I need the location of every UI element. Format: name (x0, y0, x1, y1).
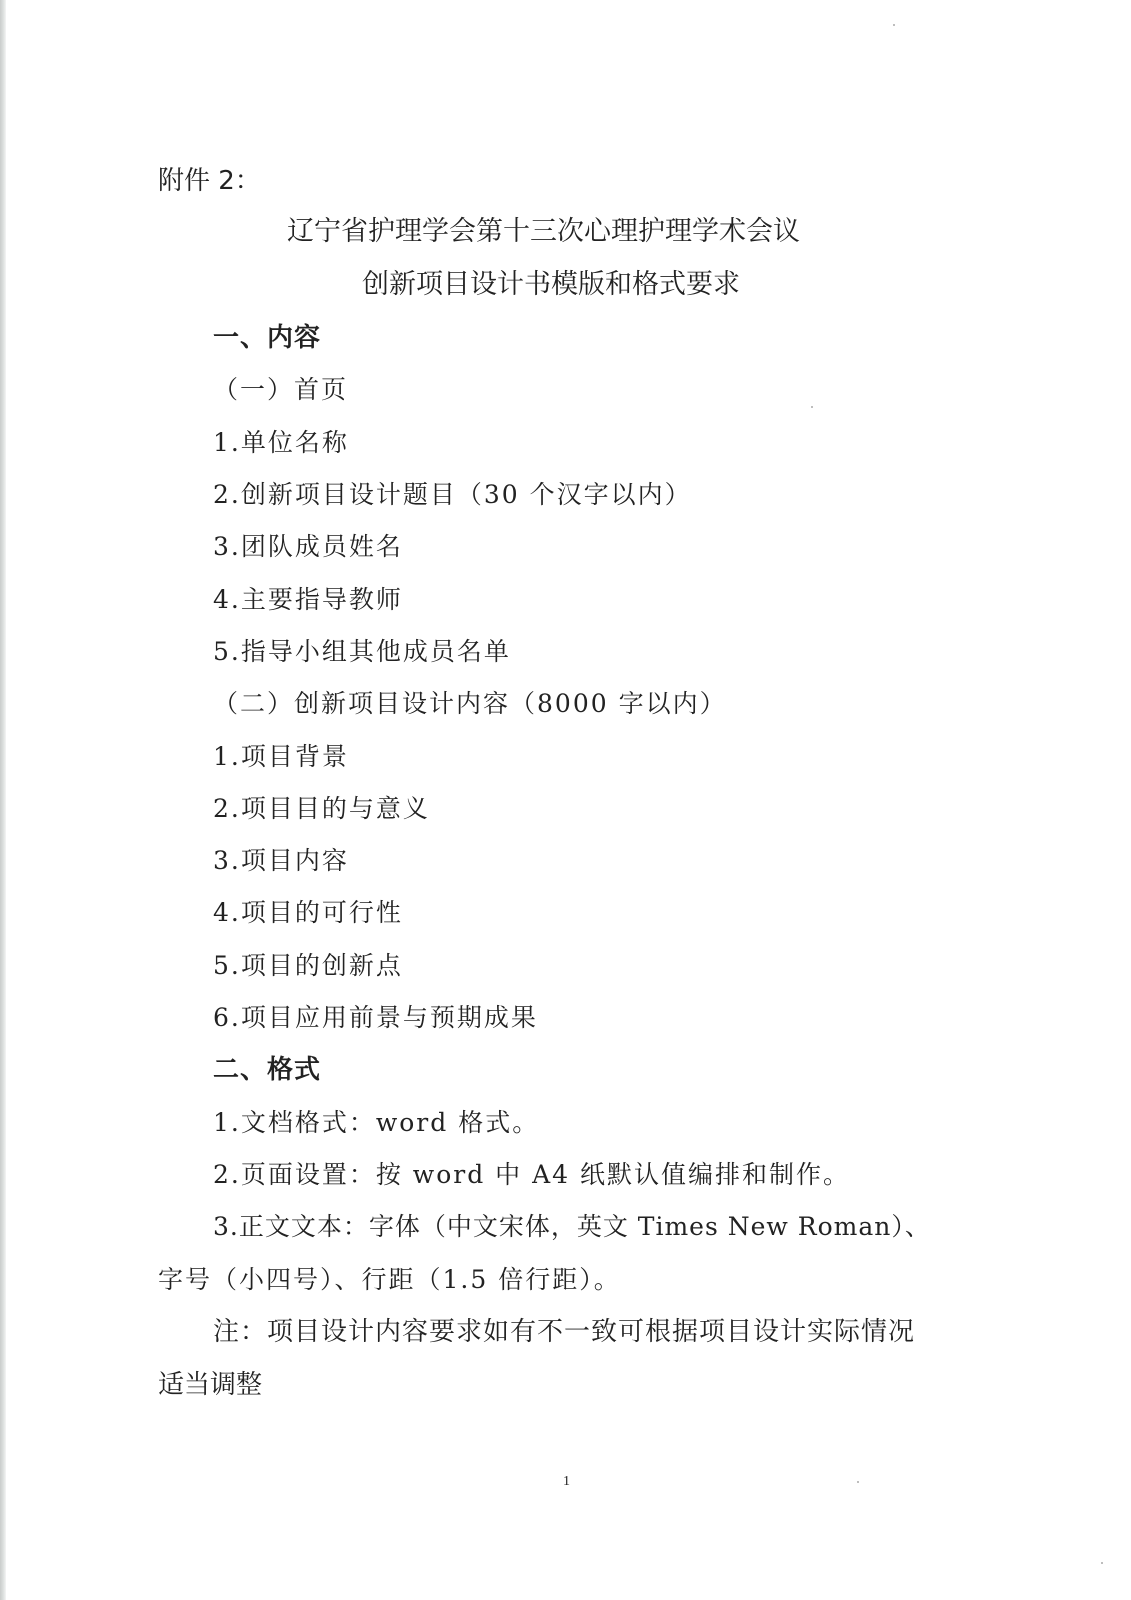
list-item: 5.项目的创新点 (213, 951, 403, 981)
list-item-continuation: 字号（小四号）、行距（1.5 倍行距）。 (158, 1265, 621, 1295)
scan-speck (857, 1481, 859, 1483)
list-item: 1.文档格式：word 格式。 (213, 1108, 539, 1138)
document-title-line-2: 创新项目设计书模版和格式要求 (362, 270, 740, 300)
page-number: 1 (563, 1474, 570, 1490)
scan-speck (811, 406, 813, 408)
subsection-heading-cover: （一）首页 (213, 375, 348, 405)
scan-speck (893, 24, 895, 26)
subsection-heading-design-content: （二）创新项目设计内容（8000 字以内） (213, 689, 727, 719)
list-item: 3.团队成员姓名 (213, 532, 403, 562)
section-heading-content: 一、内容 (213, 323, 321, 353)
section-heading-format: 二、格式 (213, 1055, 321, 1085)
list-item: 6.项目应用前景与预期成果 (213, 1003, 538, 1033)
list-item: 3.正文文本：字体（中文宋体，英文 Times New Roman）、 (213, 1212, 931, 1242)
list-item: 2.创新项目设计题目（30 个汉字以内） (213, 480, 692, 510)
note-text-continuation: 适当调整 (158, 1370, 262, 1400)
list-item: 4.主要指导教师 (213, 585, 403, 615)
list-item: 4.项目的可行性 (213, 898, 403, 928)
attachment-label: 附件 2： (158, 166, 261, 196)
list-item: 1.项目背景 (213, 742, 349, 772)
scan-speck (1101, 1562, 1103, 1564)
scan-left-edge (0, 0, 6, 1600)
list-item: 3.项目内容 (213, 846, 349, 876)
note-text: 注：项目设计内容要求如有不一致可根据项目设计实际情况 (213, 1317, 915, 1347)
list-item: 2.页面设置：按 word 中 A4 纸默认值编排和制作。 (213, 1160, 850, 1190)
document-title-line-1: 辽宁省护理学会第十三次心理护理学术会议 (287, 217, 800, 247)
list-item: 1.单位名称 (213, 428, 349, 458)
list-item: 2.项目目的与意义 (213, 794, 430, 824)
list-item: 5.指导小组其他成员名单 (213, 637, 511, 667)
